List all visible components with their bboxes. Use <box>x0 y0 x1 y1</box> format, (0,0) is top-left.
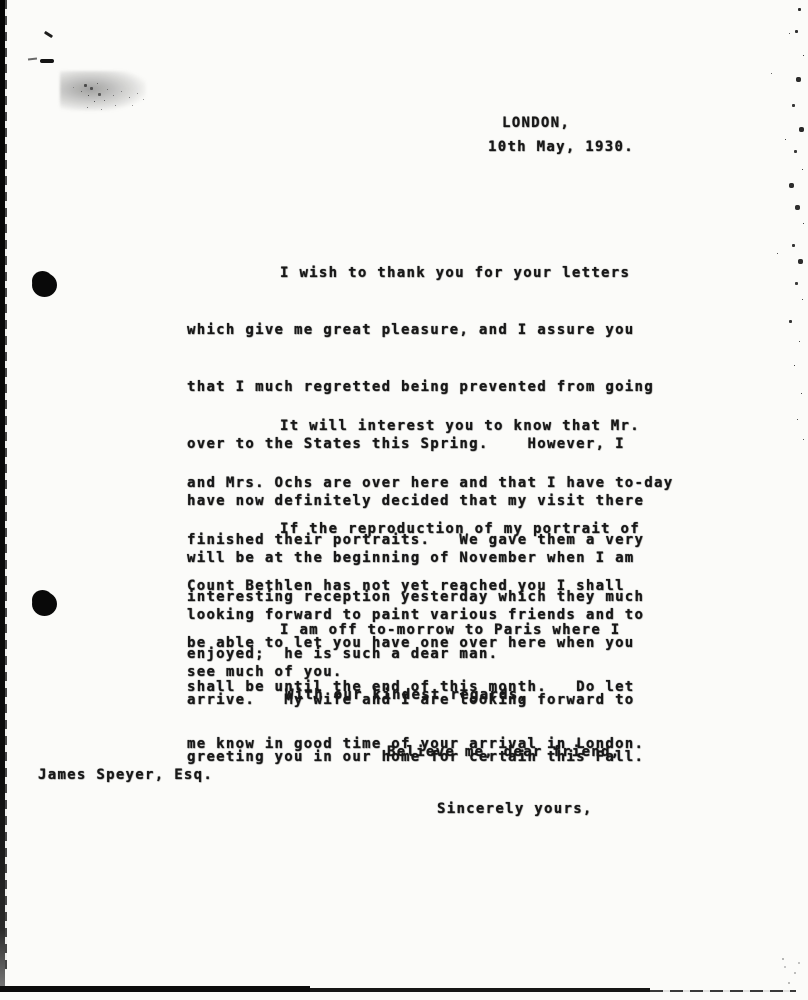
addressee-line: James Speyer, Esq. <box>38 766 213 785</box>
closing-block: With our kindest regards, Believe me, de… <box>285 648 621 857</box>
pencil-smudge-specks <box>84 84 87 87</box>
pencil-smudge <box>60 71 146 111</box>
scan-edge-bottom-mid <box>310 988 650 992</box>
letter-line: which give me great pleasure, and I assu… <box>187 321 654 340</box>
ink-mark <box>40 59 54 63</box>
ink-mark <box>28 58 37 61</box>
letter-line: It will interest you to know that Mr. <box>187 417 673 436</box>
scan-edge-left-rough <box>5 0 7 970</box>
hole-punch-top <box>32 273 57 297</box>
bottom-right-specks <box>782 958 784 960</box>
scan-edge-bottom-fade <box>650 990 796 992</box>
letter-line: I am off to-morrow to Paris where I <box>187 621 644 640</box>
closing-line: With our kindest regards, <box>285 686 621 705</box>
hole-punch-bottom <box>32 592 57 616</box>
scanned-letter-page: LONDON, 10th May, 1930. I wish to thank … <box>0 0 808 1000</box>
scan-edge-bottom <box>0 986 310 992</box>
right-edge-specks <box>798 8 801 11</box>
letter-line: If the reproduction of my portrait of <box>187 520 644 539</box>
closing-line: Sincerely yours, <box>285 800 621 819</box>
dateline-date: 10th May, 1930. <box>488 138 634 157</box>
ink-mark <box>44 31 53 38</box>
closing-line: Believe me, dear friend, <box>285 743 621 762</box>
dateline-place: LONDON, <box>502 114 570 133</box>
letter-line: I wish to thank you for your letters <box>187 264 654 283</box>
